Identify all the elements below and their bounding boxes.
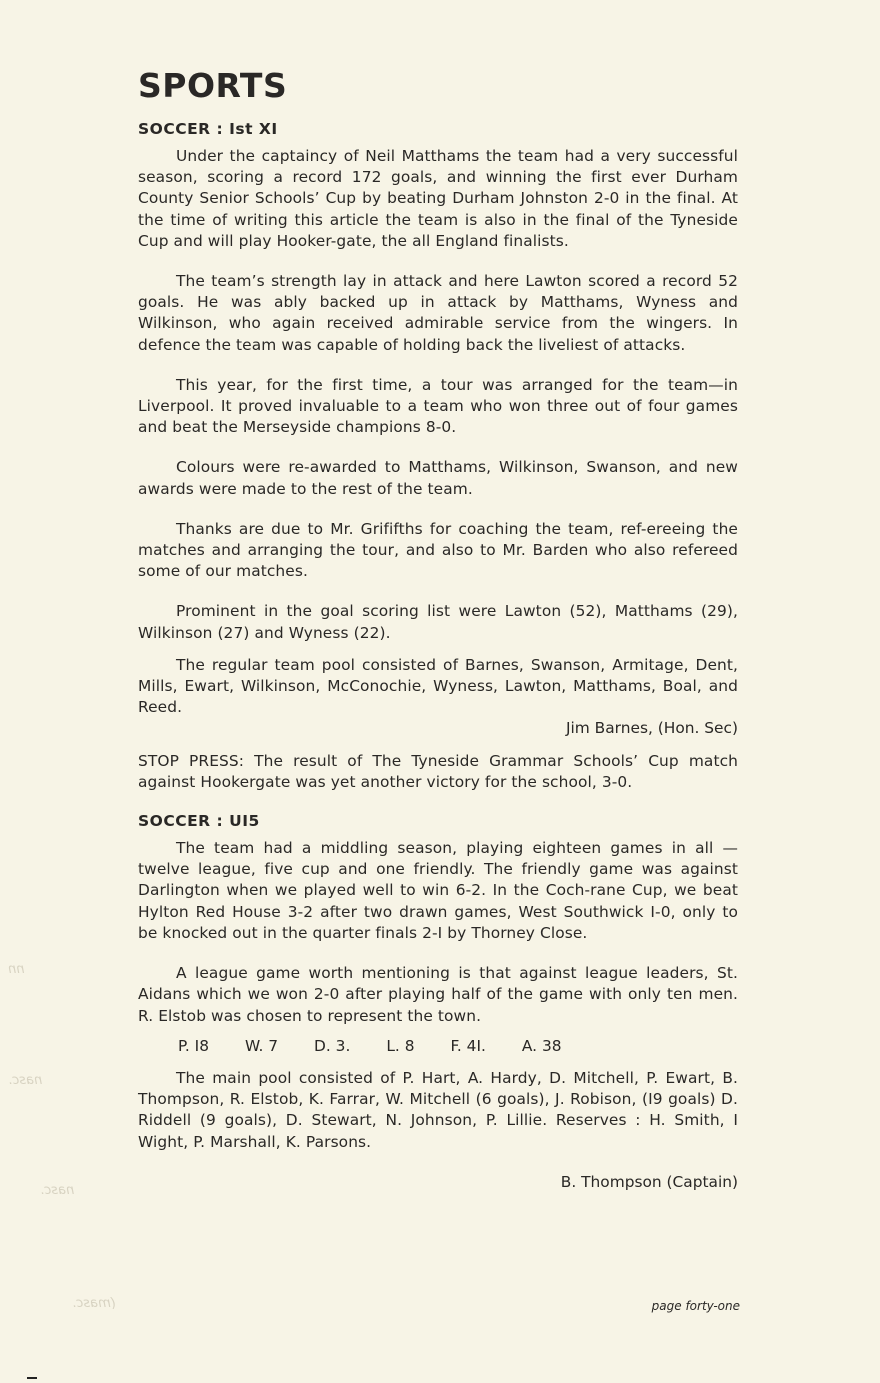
stat-drawn: D. 3. bbox=[314, 1036, 350, 1057]
stat-won: W. 7 bbox=[245, 1036, 278, 1057]
article-page: SPORTS SOCCER : Ist XI Under the captain… bbox=[138, 66, 738, 1193]
paragraph: Under the captaincy of Neil Matthams the… bbox=[138, 146, 738, 252]
section-heading-1st-xi: SOCCER : Ist XI bbox=[138, 118, 738, 140]
section-heading-u15: SOCCER : UI5 bbox=[138, 810, 738, 832]
stop-press: STOP PRESS: The result of The Tyneside G… bbox=[138, 751, 738, 793]
paragraph: Thanks are due to Mr. Grififths for coac… bbox=[138, 519, 738, 583]
stat-played: P. I8 bbox=[178, 1036, 209, 1057]
paragraph: Colours were re-awarded to Matthams, Wil… bbox=[138, 457, 738, 499]
page-number: page forty-one bbox=[652, 1299, 740, 1313]
season-stats: P. I8 W. 7 D. 3. L. 8 F. 4I. A. 38 bbox=[138, 1036, 738, 1057]
paragraph: Prominent in the goal scoring list were … bbox=[138, 601, 738, 643]
paragraph: A league game worth mentioning is that a… bbox=[138, 963, 738, 1027]
paragraph: The regular team pool consisted of Barne… bbox=[138, 655, 738, 719]
signature-1st-xi: Jim Barnes, (Hon. Sec) bbox=[138, 718, 738, 739]
paragraph: This year, for the first time, a tour wa… bbox=[138, 375, 738, 439]
bleed-through-text: (masc. bbox=[72, 1296, 116, 1311]
scan-mark bbox=[27, 1377, 37, 1379]
stat-against: A. 38 bbox=[522, 1036, 562, 1057]
bleed-through-text: nn bbox=[8, 962, 24, 977]
signature-u15: B. Thompson (Captain) bbox=[138, 1172, 738, 1193]
bleed-through-text: nasc. bbox=[40, 1183, 74, 1198]
paragraph: The team’s strength lay in attack and he… bbox=[138, 271, 738, 356]
paragraph: The team had a middling season, playing … bbox=[138, 838, 738, 944]
stat-lost: L. 8 bbox=[386, 1036, 414, 1057]
paragraph: The main pool consisted of P. Hart, A. H… bbox=[138, 1068, 738, 1153]
stat-for: F. 4I. bbox=[451, 1036, 486, 1057]
bleed-through-text: nasc. bbox=[8, 1073, 42, 1088]
page-title: SPORTS bbox=[138, 66, 738, 106]
